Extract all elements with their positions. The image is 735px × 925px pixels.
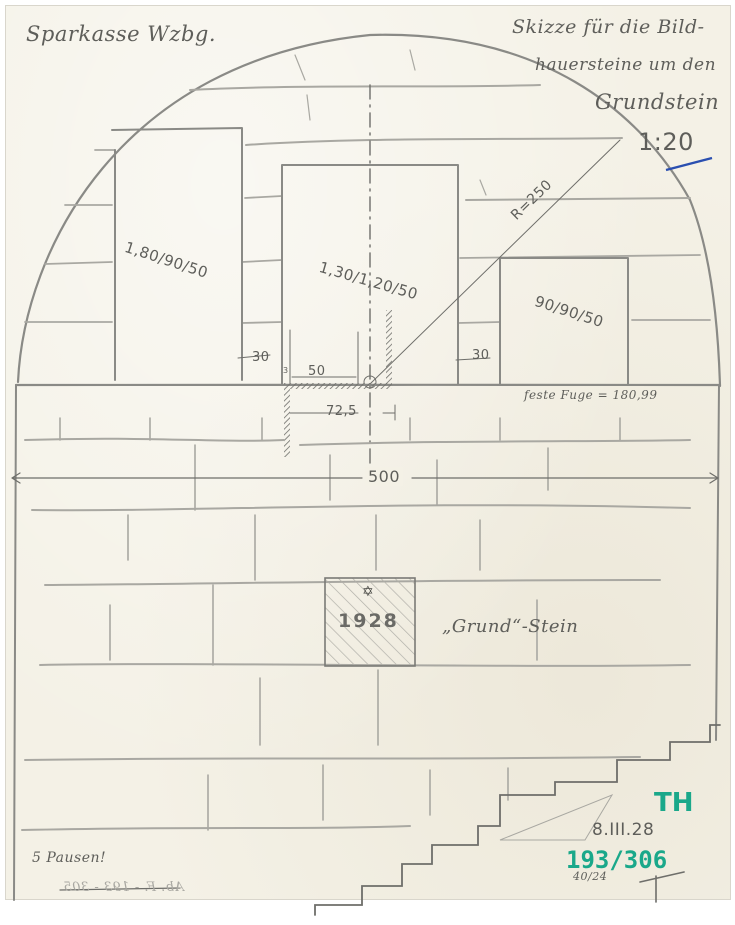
gap-right-label: 30 (472, 348, 490, 363)
archive-number-stamp: 193/306 (566, 846, 667, 874)
offset-label: 72,5 (326, 404, 357, 419)
arch-outline (18, 35, 720, 386)
scale-label: 1:20 (638, 128, 694, 156)
foundation-caption: „Grund“-Stein (442, 616, 578, 637)
joint-note: feste Fuge = 180,99 (524, 388, 657, 402)
mirrored-reference: Ab. F. - 193 - 305 (24, 880, 184, 895)
foundation-year: 1928 (338, 610, 399, 632)
date-note: 8.III.28 (592, 820, 654, 840)
stair-outline (315, 725, 720, 915)
title-line-2: hauersteine um den (535, 55, 716, 75)
scale-underline (666, 158, 712, 170)
archive-initials-stamp: TH (654, 788, 694, 818)
copies-note: 5 Pausen! (32, 850, 106, 866)
elevation-drawing (0, 0, 735, 925)
radius-line (370, 140, 620, 384)
title-line-1: Skizze für die Bild- (512, 16, 705, 38)
star-of-david-icon: ✡ (362, 584, 374, 600)
total-width-label: 500 (365, 467, 403, 486)
right-wall-line (716, 385, 719, 740)
title-line-3: Grundstein (595, 90, 719, 114)
left-wall-line (14, 385, 16, 900)
inset-small-label: 3 (283, 366, 289, 375)
gap-left-label: 30 (252, 350, 270, 365)
inset-width-label: 50 (308, 364, 326, 379)
header-left: Sparkasse Wzbg. (26, 22, 216, 46)
right-stone-outline (500, 258, 628, 384)
